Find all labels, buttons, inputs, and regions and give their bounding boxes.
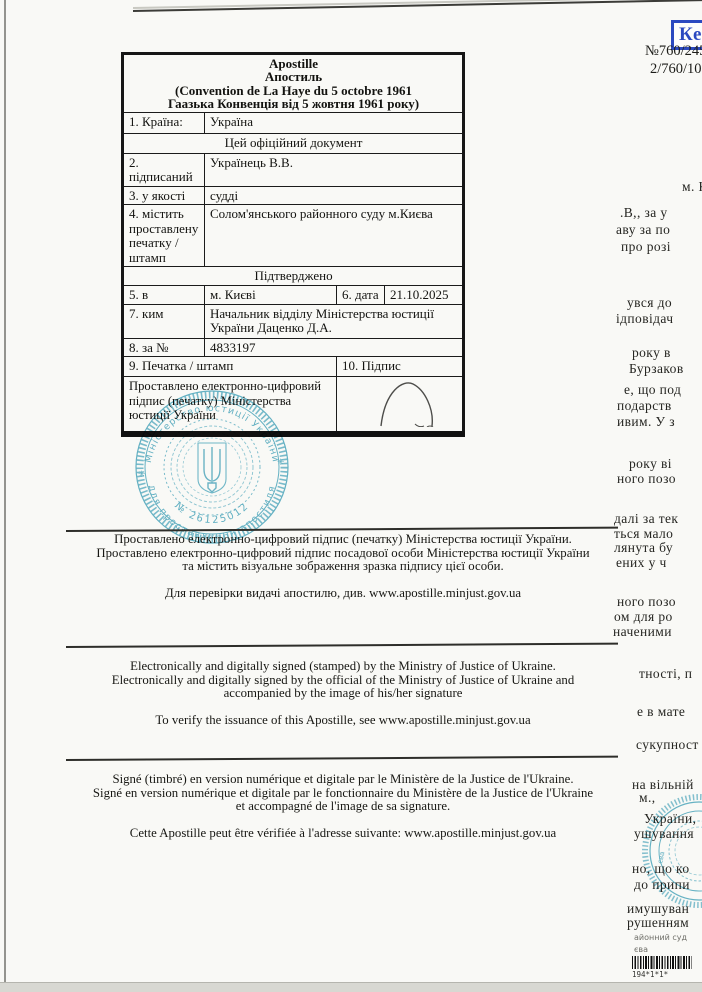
attestation-line: accompanied by the image of his/her sign… [62, 687, 624, 701]
table-row: 8. за № 4833197 [123, 338, 464, 357]
attestation-line: Проставлено електронно-цифровий підпис (… [62, 533, 624, 547]
underlay-text-fragment: е, що под [624, 382, 681, 398]
underlay-text-fragment: року в [632, 345, 671, 361]
table-row: 2. підписаний Українець В.В. [123, 153, 464, 186]
separator-rule-2 [66, 643, 618, 648]
field-value-bears-seal: Солом'янського районного суду м.Києва [205, 205, 464, 267]
barcode [632, 956, 692, 969]
signature-cell [337, 377, 464, 434]
title-line-convention: Гаазька Конвенція від 5 жовтня 1961 року… [129, 97, 458, 110]
svg-text:№ 26125012: № 26125012 [172, 500, 251, 526]
underlay-text-fragment: року ві [629, 456, 672, 472]
verify-url-line: Cette Apostille peut être vérifiée à l'a… [62, 827, 624, 841]
barcode-caption: 194*1*1* [632, 970, 668, 979]
field-label-acting-as: 3. у якості [123, 186, 205, 205]
table-row: 3. у якості судді [123, 186, 464, 205]
copy-stamp-label: Ке [679, 24, 702, 45]
handwritten-signature [337, 377, 464, 427]
section-this-document: Цей офіційний документ [123, 133, 464, 153]
field-value-date: 21.10.2025 [385, 285, 464, 304]
field-label-date: 6. дата [337, 285, 385, 304]
underlay-text-fragment: подарств [617, 398, 672, 414]
field-label-signed-by: 2. підписаний [123, 153, 205, 186]
ministry-of-justice-seal: Міністерство юстиції України для простав… [132, 387, 292, 547]
table-row: Цей офіційний документ [123, 133, 464, 153]
underlay-text-fragment: увся до [627, 295, 672, 311]
underlay-text-fragment: аву за по [616, 222, 670, 238]
underlay-text-fragment: ного позо [617, 471, 676, 487]
field-value-country: Україна [205, 112, 464, 133]
attestation-english: Electronically and digitally signed (sta… [62, 660, 624, 728]
underlay-text-fragment: тності, п [639, 666, 692, 682]
field-label-at: 5. в [123, 285, 205, 304]
scan-bottom-edge [0, 982, 702, 992]
table-row: 5. в м. Києві 6. дата 21.10.2025 [123, 285, 464, 304]
separator-rule-3 [66, 756, 618, 761]
title-line-en: Apostille [129, 57, 458, 70]
field-value-acting-as: судді [205, 186, 464, 205]
underlay-text-fragment: м. К [682, 179, 702, 195]
underlay-text-fragment: е в мате [637, 704, 685, 720]
underlay-text-fragment: рушенням [627, 915, 689, 931]
title-line-ua: Апостиль [129, 70, 458, 83]
field-value-by: Начальник відділу Міністерства юстиції У… [205, 304, 464, 338]
underlay-text-fragment: далі за тек [614, 511, 678, 527]
section-certified: Підтверджено [123, 267, 464, 286]
field-value-signed-by: Українець В.В. [205, 153, 464, 186]
field-label-by: 7. ким [123, 304, 205, 338]
field-label-number: 8. за № [123, 338, 205, 357]
seal-asterisk-left: ✳ [138, 470, 146, 480]
seal-number: № 26125012 [172, 500, 251, 526]
underlay-text-fragment: ом для ро [614, 609, 673, 625]
case-number-2: 2/760/109 [650, 61, 702, 78]
underlay-text-fragment: Бурзаков [629, 361, 684, 377]
attestation-line: Signé (timbré) en version numérique et d… [62, 773, 624, 787]
attestation-ukrainian: Проставлено електронно-цифровий підпис (… [62, 533, 624, 601]
attestation-french: Signé (timbré) en version numérique et d… [62, 773, 624, 841]
verify-url-line: To verify the issuance of this Apostille… [62, 714, 624, 728]
attestation-line: Проставлено електронно-цифровий підпис п… [62, 547, 624, 561]
verify-url-line: Для перевірки видачі апостилю, див. www.… [62, 587, 624, 601]
underlay-text-fragment: .В,, за у [620, 205, 668, 221]
underlay-text-fragment: про розі [621, 239, 671, 255]
table-row: Apostille Апостиль (Convention de La Hay… [123, 54, 464, 113]
field-value-at: м. Києві [205, 285, 337, 304]
table-row: 9. Печатка / штамп 10. Підпис [123, 357, 464, 377]
field-label-country: 1. Країна: [123, 112, 205, 133]
table-row: 7. ким Начальник відділу Міністерства юс… [123, 304, 464, 338]
attestation-line: та містить візуальне зображення зразка п… [62, 560, 624, 574]
table-row: Підтверджено [123, 267, 464, 286]
court-seal-text: єва [656, 851, 666, 865]
case-number-1: №760/245 [645, 43, 702, 60]
underlay-text-fragment: ного позо [617, 594, 676, 610]
scan-edge-line [4, 0, 6, 982]
underlay-text-fragment: сукупност [636, 737, 699, 753]
field-label-bears-seal: 4. містить проставлену печатку / штамп [123, 205, 205, 267]
underlay-text-fragment: ідповідач [616, 311, 673, 327]
table-row: 4. містить проставлену печатку / штамп С… [123, 205, 464, 267]
underlay-text-fragment: ивим. У з [617, 414, 675, 430]
table-row: 1. Країна: Україна [123, 112, 464, 133]
attestation-line: Signé en version numérique et digitale p… [62, 787, 624, 801]
underlay-text-fragment: наченими [613, 624, 672, 640]
attestation-line: Electronically and digitally signed by t… [62, 674, 624, 688]
court-name-line: айонний суд [634, 933, 687, 942]
apostille-table: Apostille Апостиль (Convention de La Hay… [121, 52, 465, 437]
scanned-apostille-document: Ке №760/245 2/760/109 м. К.В,, за уаву з… [0, 0, 702, 992]
field-label-seal-stamp: 9. Печатка / штамп [123, 357, 337, 377]
seal-asterisk-right: ✳ [277, 458, 285, 468]
court-city-line: єва [634, 945, 648, 954]
attestation-line: et accompagné de l'image de sa signature… [62, 800, 624, 814]
attestation-line: Electronically and digitally signed (sta… [62, 660, 624, 674]
title-line-fr: (Convention de La Haye du 5 octobre 1961 [129, 84, 458, 97]
court-seal-partial: єва [638, 790, 702, 910]
apostille-title: Apostille Апостиль (Convention de La Hay… [123, 54, 464, 113]
field-value-number: 4833197 [205, 338, 464, 357]
field-label-signature: 10. Підпис [337, 357, 464, 377]
